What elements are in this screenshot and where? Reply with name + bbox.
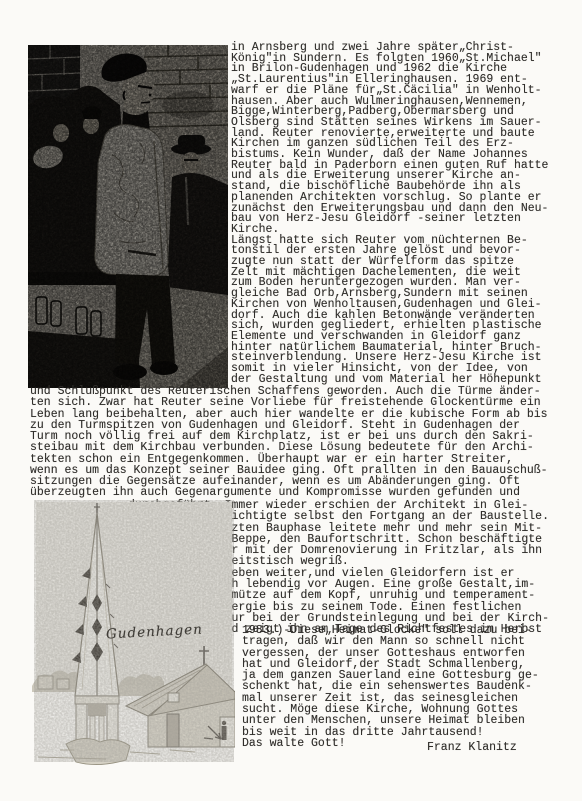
article-paragraph-bottom: 1983.)-Diese„Heimat-Glocke" soll dazu be… [242,625,552,749]
photo-illustration [28,45,228,388]
article-paragraph-full-width: und Schlußpunkt des Reuterischen Schaffe… [30,386,560,499]
reuter-richtfest-photo [28,45,228,388]
article-column-right: in Arnsberg und zwei Jahre später„Christ… [231,43,557,386]
author-signature: Franz Klanitz [427,741,517,754]
scanned-document-page: in Arnsberg und zwei Jahre später„Christ… [0,0,582,801]
